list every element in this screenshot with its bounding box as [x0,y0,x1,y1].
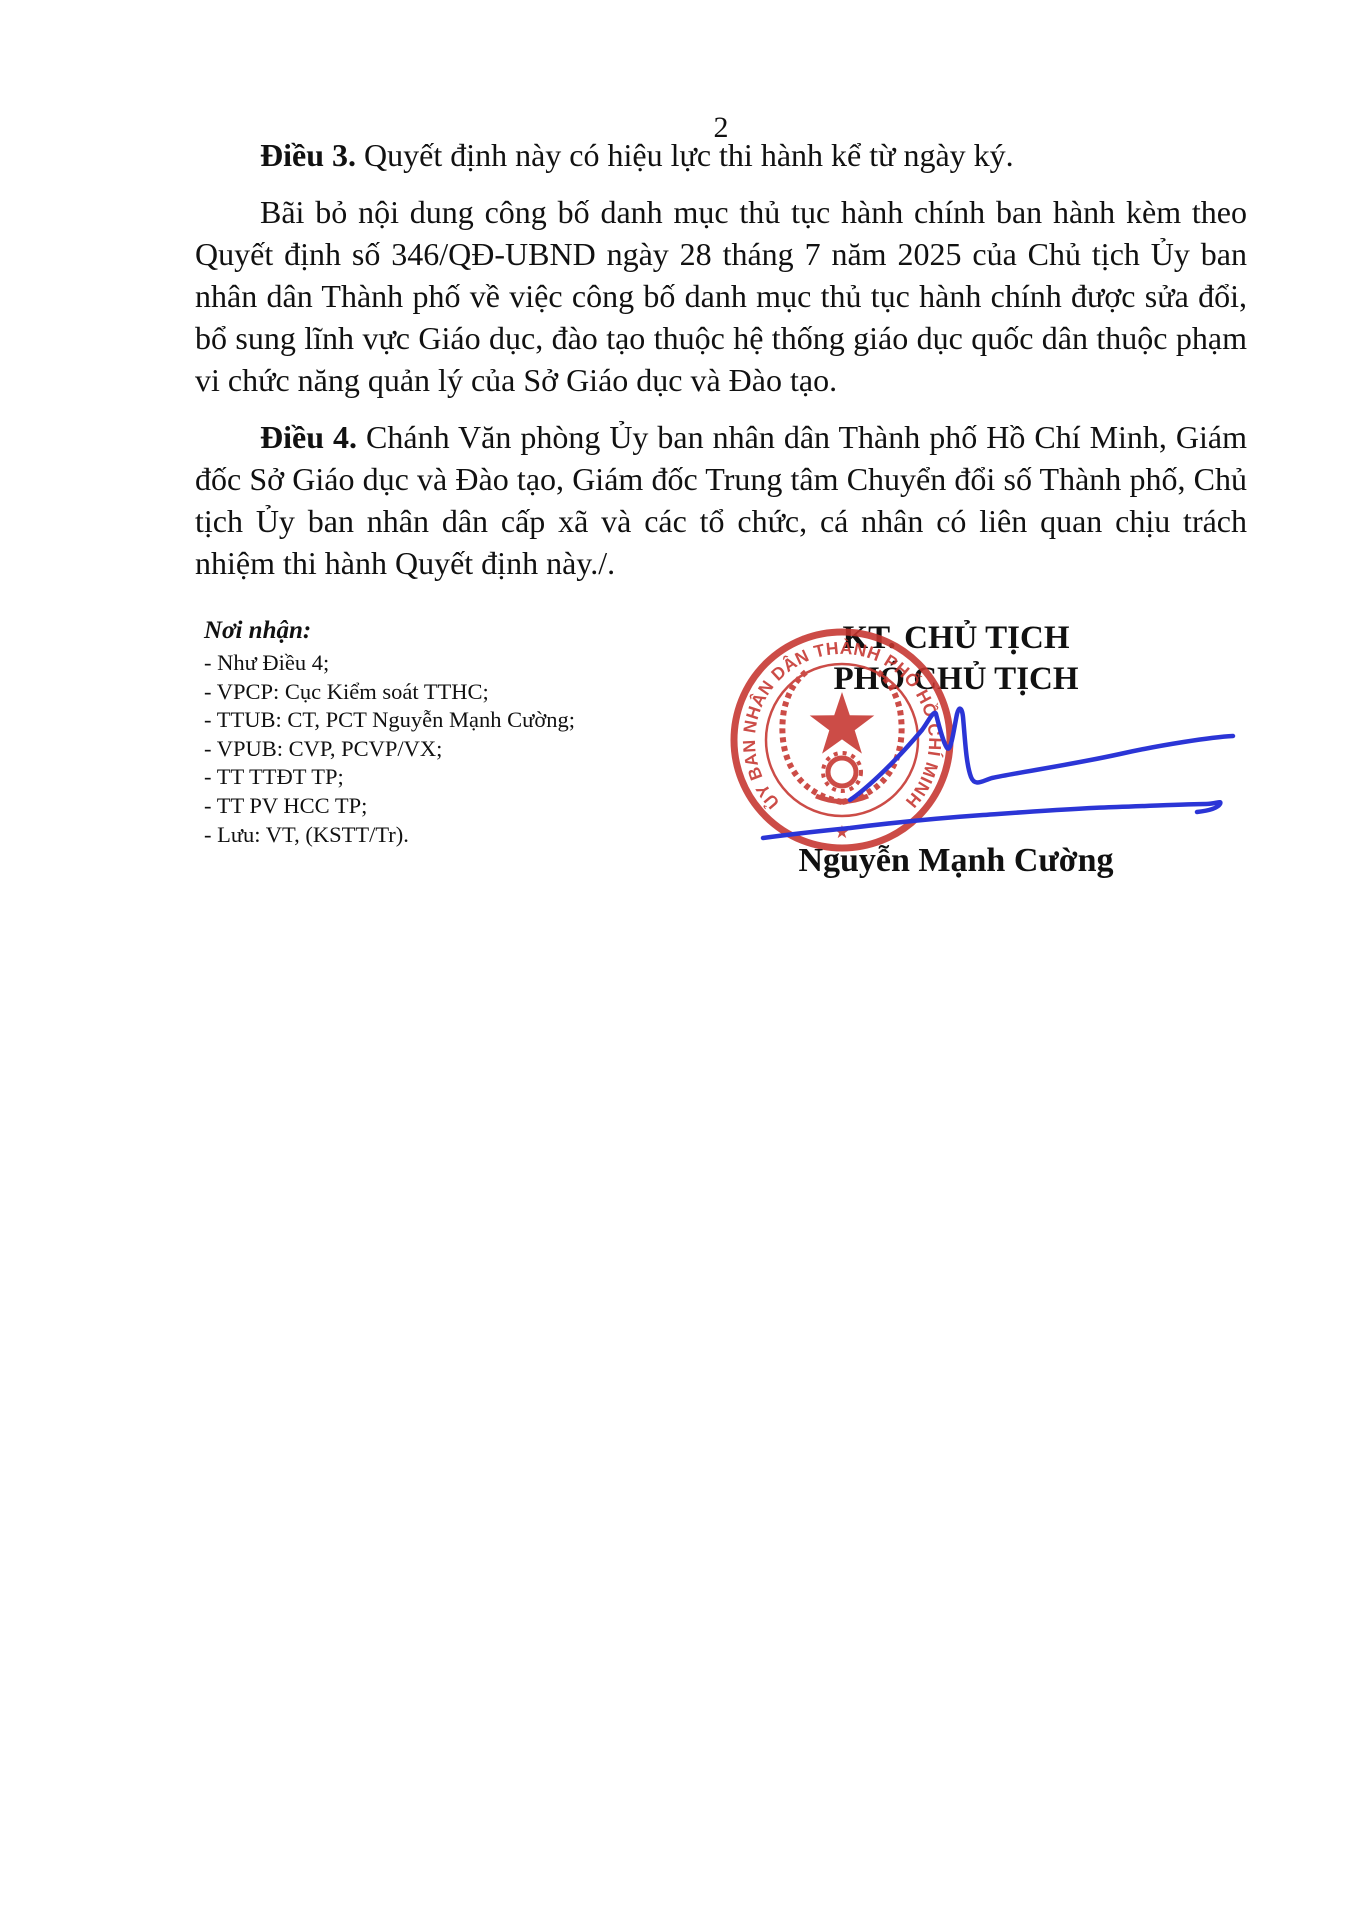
recipient-item: - Lưu: VT, (KSTT/Tr). [204,821,684,850]
handwritten-signature [600,680,1280,860]
recipients-block: Nơi nhận: - Như Điều 4; - VPCP: Cục Kiểm… [204,616,684,849]
signature-titles: KT. CHỦ TỊCH PHÓ CHỦ TỊCH [700,618,1212,700]
article-3-label: Điều 3. [260,137,356,173]
signer-name: Nguyễn Mạnh Cường [700,842,1212,880]
signature-title-line1: KT. CHỦ TỊCH [700,618,1212,659]
seal-star-icon [810,692,875,754]
article-3-text: Quyết định này có hiệu lực thi hành kể t… [364,137,1014,173]
recipient-item: - Như Điều 4; [204,649,684,678]
article-4-label: Điều 4. [260,419,357,455]
seal-bottom-star: ★ [834,822,850,842]
document-page: 2 Điều 3. Quyết định này có hiệu lực thi… [0,0,1358,1920]
document-body: Điều 3. Quyết định này có hiệu lực thi h… [195,134,1247,584]
signature-title-line2: PHÓ CHỦ TỊCH [700,659,1212,700]
recipients-title: Nơi nhận: [204,616,684,646]
recipient-item: - VPCP: Cục Kiểm soát TTHC; [204,678,684,707]
repeal-paragraph: Bãi bỏ nội dung công bố danh mục thủ tục… [195,191,1247,401]
recipient-item: - TTUB: CT, PCT Nguyễn Mạnh Cường; [204,706,684,735]
recipient-item: - TT PV HCC TP; [204,792,684,821]
article-4-paragraph: Điều 4. Chánh Văn phòng Ủy ban nhân dân … [195,416,1247,584]
article-3-paragraph: Điều 3. Quyết định này có hiệu lực thi h… [195,134,1247,176]
recipient-item: - VPUB: CVP, PCVP/VX; [204,735,684,764]
recipient-item: - TT TTĐT TP; [204,763,684,792]
